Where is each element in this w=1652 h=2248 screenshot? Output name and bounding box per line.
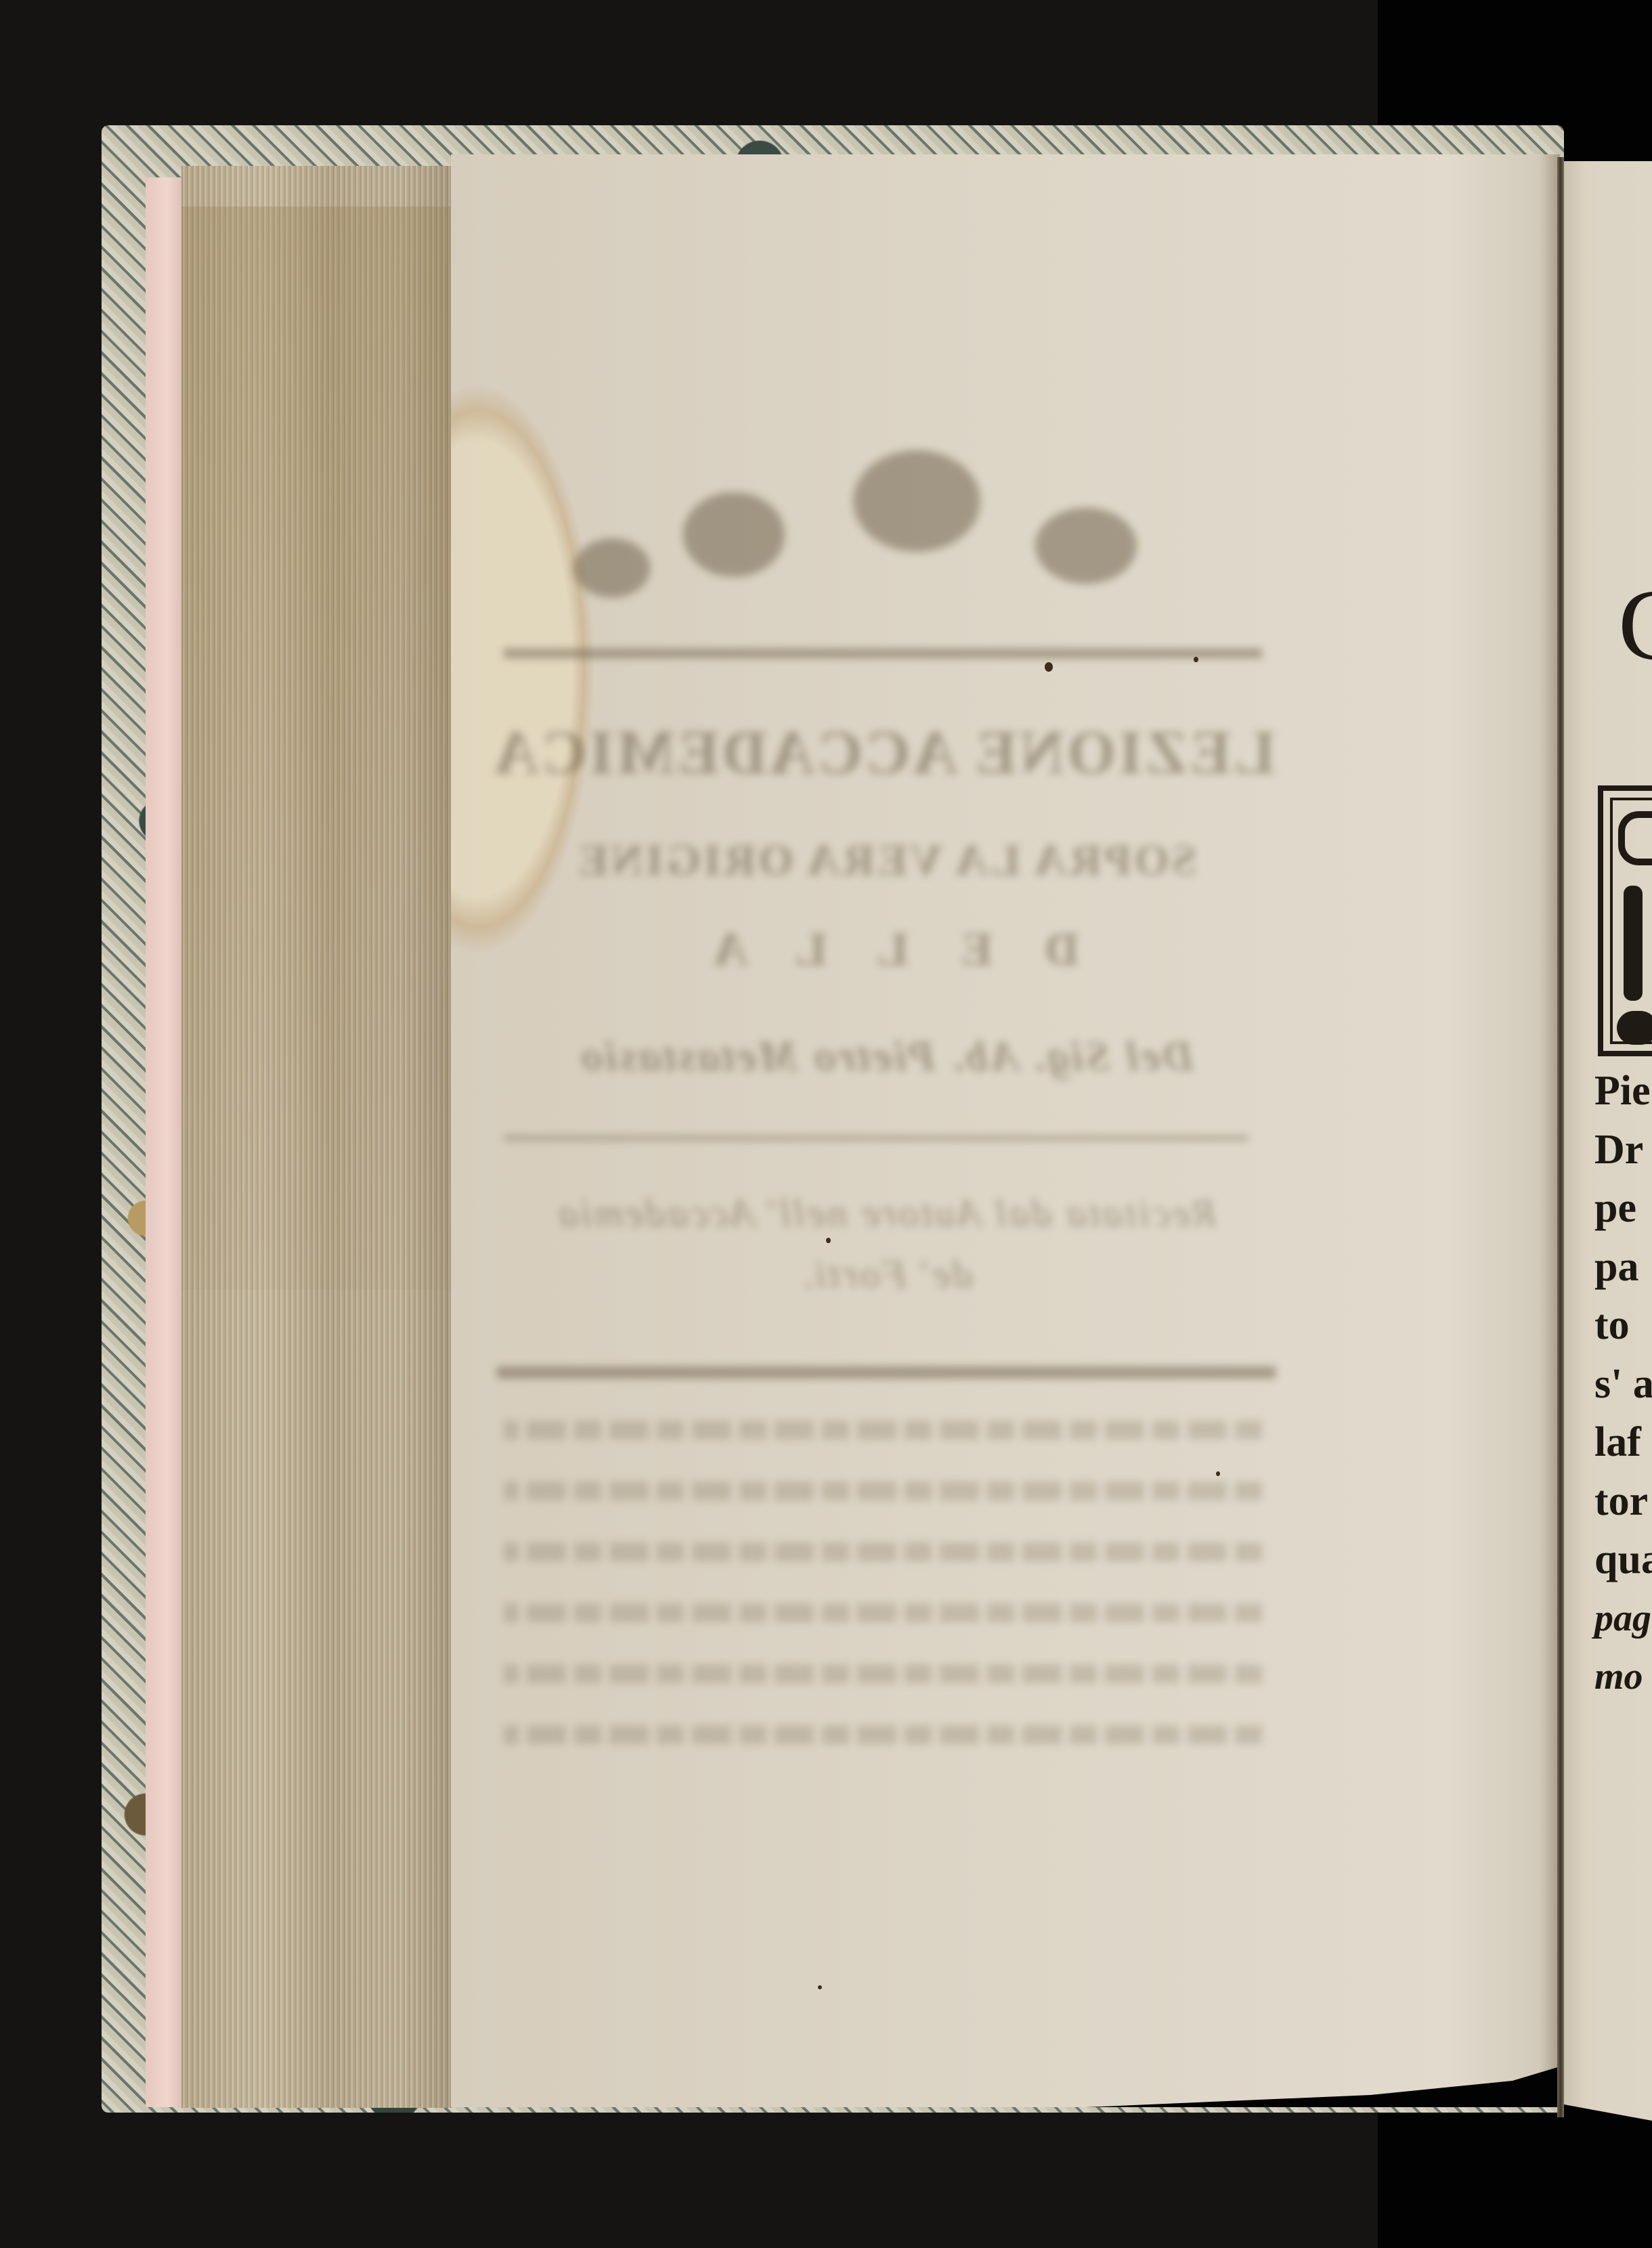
- text-line: qua: [1594, 1530, 1652, 1589]
- show-through-ornament: [544, 412, 1221, 635]
- initial-figure-ornament: [1624, 886, 1643, 1001]
- show-through-body-line: [504, 1725, 1262, 1744]
- show-through-author-line: Del Sig. Ab. Pietro Metastasio: [497, 1031, 1276, 1081]
- book-gutter: [1557, 157, 1564, 2117]
- show-through-heading: LEZIONE ACCADEMICA: [497, 716, 1276, 788]
- show-through-body-line: [504, 1603, 1262, 1622]
- text-line: laf: [1594, 1413, 1652, 1472]
- show-through-rule-thin: [504, 1136, 1248, 1140]
- italic-text-line: pag: [1594, 1589, 1652, 1648]
- initial-base-ornament: [1617, 1011, 1652, 1045]
- show-through-body-line: [504, 1421, 1262, 1440]
- show-through-recital-line-1: Recitata dal Autore nell' Accademia: [497, 1190, 1276, 1236]
- heading-fragment: C: [1618, 574, 1652, 676]
- text-line: s' a: [1594, 1355, 1652, 1414]
- right-page-text-block: Pie Dr pe pa to s' a laf tor qua pag mo: [1594, 1062, 1652, 1706]
- foxing-spot: [1045, 662, 1053, 672]
- show-through-body-line: [504, 1542, 1262, 1561]
- pink-endpaper: [146, 177, 183, 2107]
- initial-scroll-ornament: [1618, 811, 1652, 865]
- text-line: pe: [1594, 1179, 1652, 1238]
- show-through-body-line: [504, 1664, 1262, 1683]
- foxing-spot: [1194, 657, 1198, 662]
- mirrored-show-through-text: LEZIONE ACCADEMICA SOPRA LA VERA ORIGINE…: [451, 154, 1560, 2107]
- page-curve-bottom: [1564, 2104, 1652, 2125]
- text-line: Dr: [1594, 1121, 1652, 1180]
- decorative-initial-woodcut: [1598, 785, 1652, 1056]
- foxing-spot: [826, 1238, 831, 1243]
- show-through-subheading: SOPRA LA VERA ORIGINE: [497, 835, 1276, 886]
- text-line: pa: [1594, 1238, 1652, 1297]
- fore-edge-stain: [181, 207, 452, 1290]
- show-through-rule-thick: [497, 1366, 1276, 1379]
- show-through-recital-line-2: de' Forti.: [497, 1251, 1276, 1297]
- text-line: Pie: [1594, 1062, 1652, 1121]
- show-through-body-line: [504, 1482, 1262, 1500]
- left-page: LEZIONE ACCADEMICA SOPRA LA VERA ORIGINE…: [451, 154, 1560, 2107]
- show-through-rule-top: [504, 649, 1262, 658]
- show-through-spaced-word: D E L L A: [497, 923, 1276, 977]
- foxing-spot: [818, 1985, 822, 1989]
- italic-text-line: mo: [1594, 1647, 1652, 1706]
- foxing-spot: [1216, 1471, 1220, 1476]
- right-page: C Pie Dr pe pa to s' a laf tor qua pag m…: [1564, 161, 1652, 2125]
- text-line: to: [1594, 1296, 1652, 1355]
- page-block-fore-edge: [181, 166, 452, 2108]
- text-line: tor: [1594, 1472, 1652, 1531]
